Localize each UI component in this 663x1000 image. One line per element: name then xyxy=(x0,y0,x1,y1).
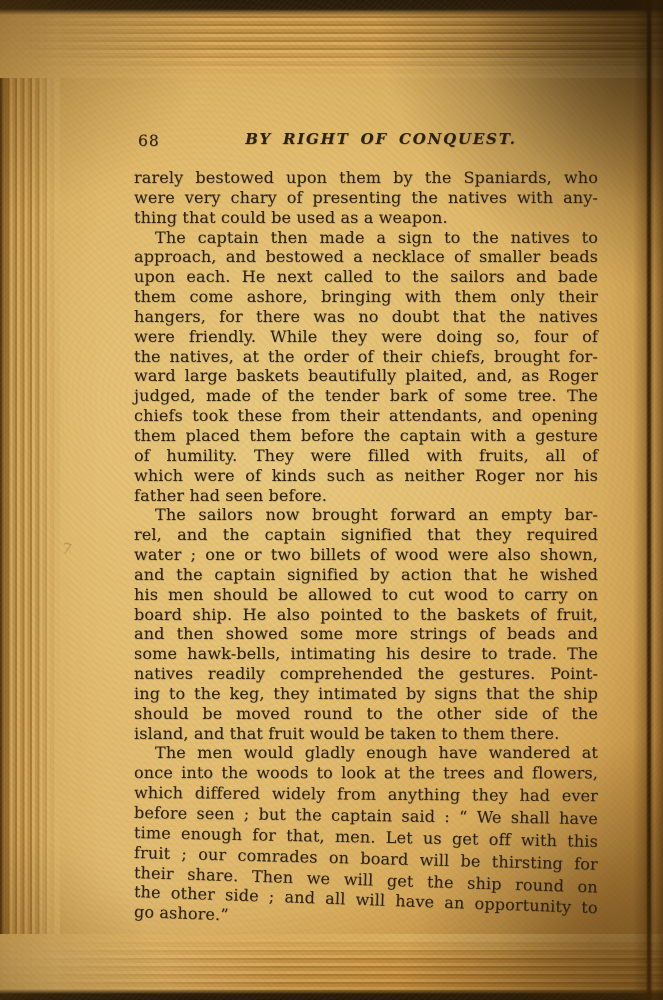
corner-shadow-overlay xyxy=(0,0,663,1000)
book-page-photo: 7 68 BY RIGHT OF CONQUEST. rarely bestow… xyxy=(0,0,663,1000)
